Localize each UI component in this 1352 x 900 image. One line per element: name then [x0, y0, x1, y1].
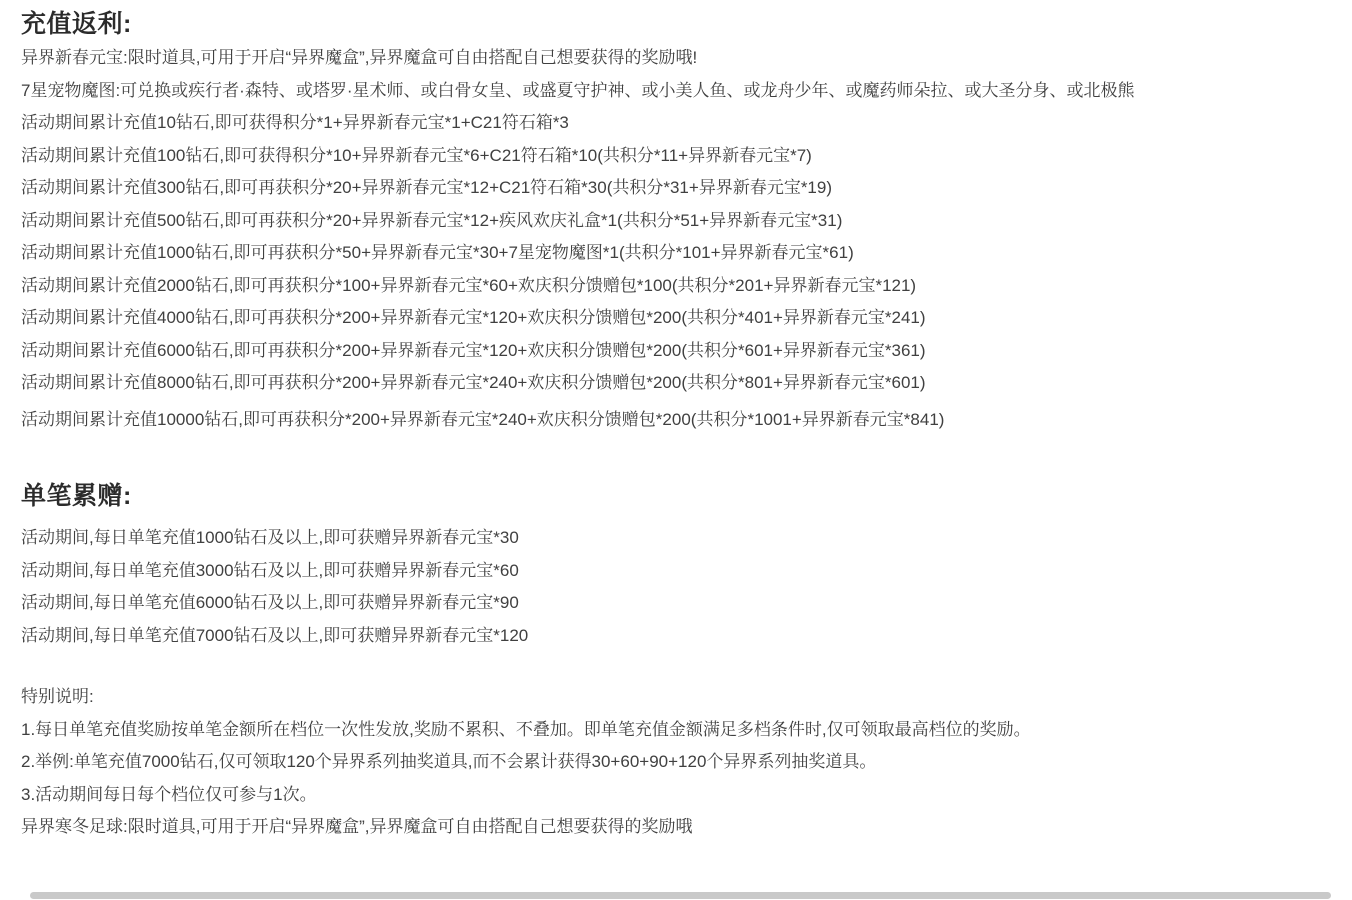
recharge-tier-line: 活动期间累计充值10钻石,即可获得积分*1+异界新春元宝*1+C21符石箱*3 — [21, 107, 1331, 140]
recharge-rebate-heading: 充值返利: — [21, 6, 1331, 42]
recharge-tier-line: 活动期间累计充值6000钻石,即可再获积分*200+异界新春元宝*120+欢庆积… — [21, 335, 1331, 368]
recharge-tier-line: 活动期间累计充值500钻石,即可再获积分*20+异界新春元宝*12+疾风欢庆礼盒… — [21, 205, 1331, 238]
item-desc-pet-magic-map: 7星宠物魔图:可兑换或疾行者·森特、或塔罗·星术师、或白骨女皇、或盛夏守护神、或… — [21, 75, 1331, 108]
event-rules-page: 充值返利: 异界新春元宝:限时道具,可用于开启“异界魔盒”,异界魔盒可自由搭配自… — [0, 0, 1352, 900]
item-desc-newyear-ingot: 异界新春元宝:限时道具,可用于开启“异界魔盒”,异界魔盒可自由搭配自己想要获得的… — [21, 42, 1331, 75]
recharge-tier-line: 活动期间累计充值2000钻石,即可再获积分*100+异界新春元宝*60+欢庆积分… — [21, 270, 1331, 303]
recharge-tier-line: 活动期间累计充值100钻石,即可获得积分*10+异界新春元宝*6+C21符石箱*… — [21, 140, 1331, 173]
horizontal-scrollbar[interactable] — [30, 892, 1331, 899]
special-note-line: 1.每日单笔充值奖励按单笔金额所在档位一次性发放,奖励不累积、不叠加。即单笔充值… — [21, 714, 1331, 747]
recharge-tier-line: 活动期间累计充值300钻石,即可再获积分*20+异界新春元宝*12+C21符石箱… — [21, 172, 1331, 205]
recharge-tier-line: 活动期间累计充值1000钻石,即可再获积分*50+异界新春元宝*30+7星宠物魔… — [21, 237, 1331, 270]
single-purchase-line: 活动期间,每日单笔充值1000钻石及以上,即可获赠异界新春元宝*30 — [21, 522, 1331, 555]
single-purchase-line: 活动期间,每日单笔充值6000钻石及以上,即可获赠异界新春元宝*90 — [21, 587, 1331, 620]
special-note-line: 2.举例:单笔充值7000钻石,仅可领取120个异界系列抽奖道具,而不会累计获得… — [21, 746, 1331, 779]
recharge-tier-line: 活动期间累计充值8000钻石,即可再获积分*200+异界新春元宝*240+欢庆积… — [21, 367, 1331, 400]
recharge-tier-line: 活动期间累计充值4000钻石,即可再获积分*200+异界新春元宝*120+欢庆积… — [21, 302, 1331, 335]
single-purchase-line: 活动期间,每日单笔充值3000钻石及以上,即可获赠异界新春元宝*60 — [21, 555, 1331, 588]
recharge-tier-line: 活动期间累计充值10000钻石,即可再获积分*200+异界新春元宝*240+欢庆… — [21, 404, 1331, 437]
special-notes-heading: 特别说明: — [21, 681, 1331, 714]
single-purchase-line: 活动期间,每日单笔充值7000钻石及以上,即可获赠异界新春元宝*120 — [21, 620, 1331, 653]
single-purchase-heading: 单笔累赠: — [21, 478, 1331, 514]
item-desc-winter-football: 异界寒冬足球:限时道具,可用于开启“异界魔盒”,异界魔盒可自由搭配自己想要获得的… — [21, 811, 1331, 844]
special-notes-block: 特别说明: 1.每日单笔充值奖励按单笔金额所在档位一次性发放,奖励不累积、不叠加… — [21, 681, 1331, 844]
special-note-line: 3.活动期间每日每个档位仅可参与1次。 — [21, 779, 1331, 812]
